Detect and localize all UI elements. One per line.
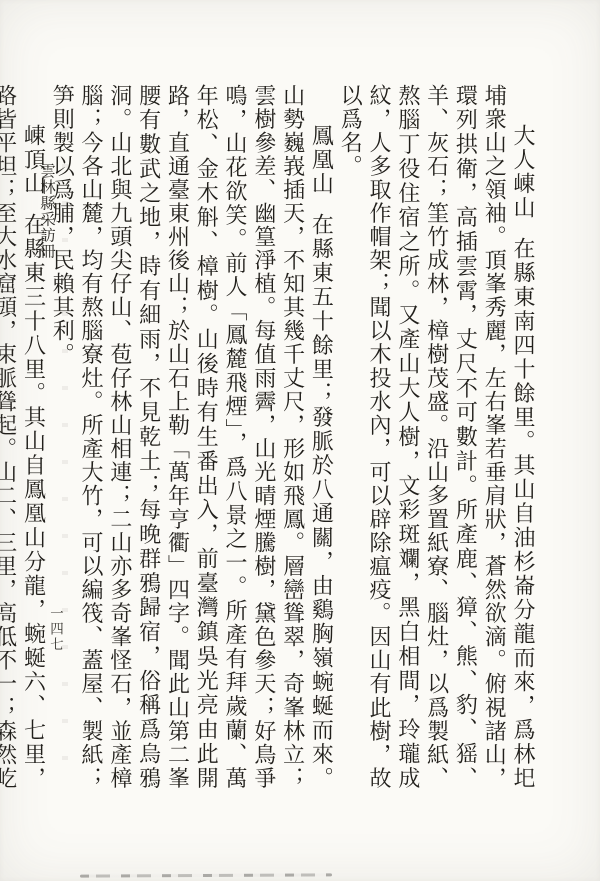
entry-darendong-shan: 大人崠山在縣東南四十餘里。其山自油杉崙分龍而來，爲林圯埔衆山之領袖。頂峯秀麗，左… — [334, 84, 536, 790]
main-text-block: 大人崠山在縣東南四十餘里。其山自油杉崙分龍而來，爲林圯埔衆山之領袖。頂峯秀麗，左… — [0, 84, 536, 790]
page-number: 一四七 — [45, 606, 65, 653]
entry-heading: 鳳凰山 — [308, 124, 333, 196]
scanned-page: 大人崠山在縣東南四十餘里。其山自油杉崙分龍而來，爲林圯埔衆山之領袖。頂峯秀麗，左… — [0, 0, 600, 881]
book-title-margin: 雲林縣采訪冊 — [36, 163, 58, 259]
scan-artifact-smudge — [80, 873, 332, 877]
entry-heading: 大人崠山 — [510, 124, 535, 220]
entry-body-text: 在縣東五十餘里；發脈於八通關，由鷄胸嶺蜿蜒而來。山勢巍峩插天，不知其幾千丈尺，形… — [49, 84, 333, 790]
entry-body-text: 在縣東南四十餘里。其山自油杉崙分龍而來，爲林圯埔衆山之領袖。頂峯秀麗，左右峯若垂… — [337, 84, 535, 790]
entry-fenghuang-shan: 鳳凰山在縣東五十餘里；發脈於八通關，由鷄胸嶺蜿蜒而來。山勢巍峩插天，不知其幾千丈… — [46, 84, 334, 790]
